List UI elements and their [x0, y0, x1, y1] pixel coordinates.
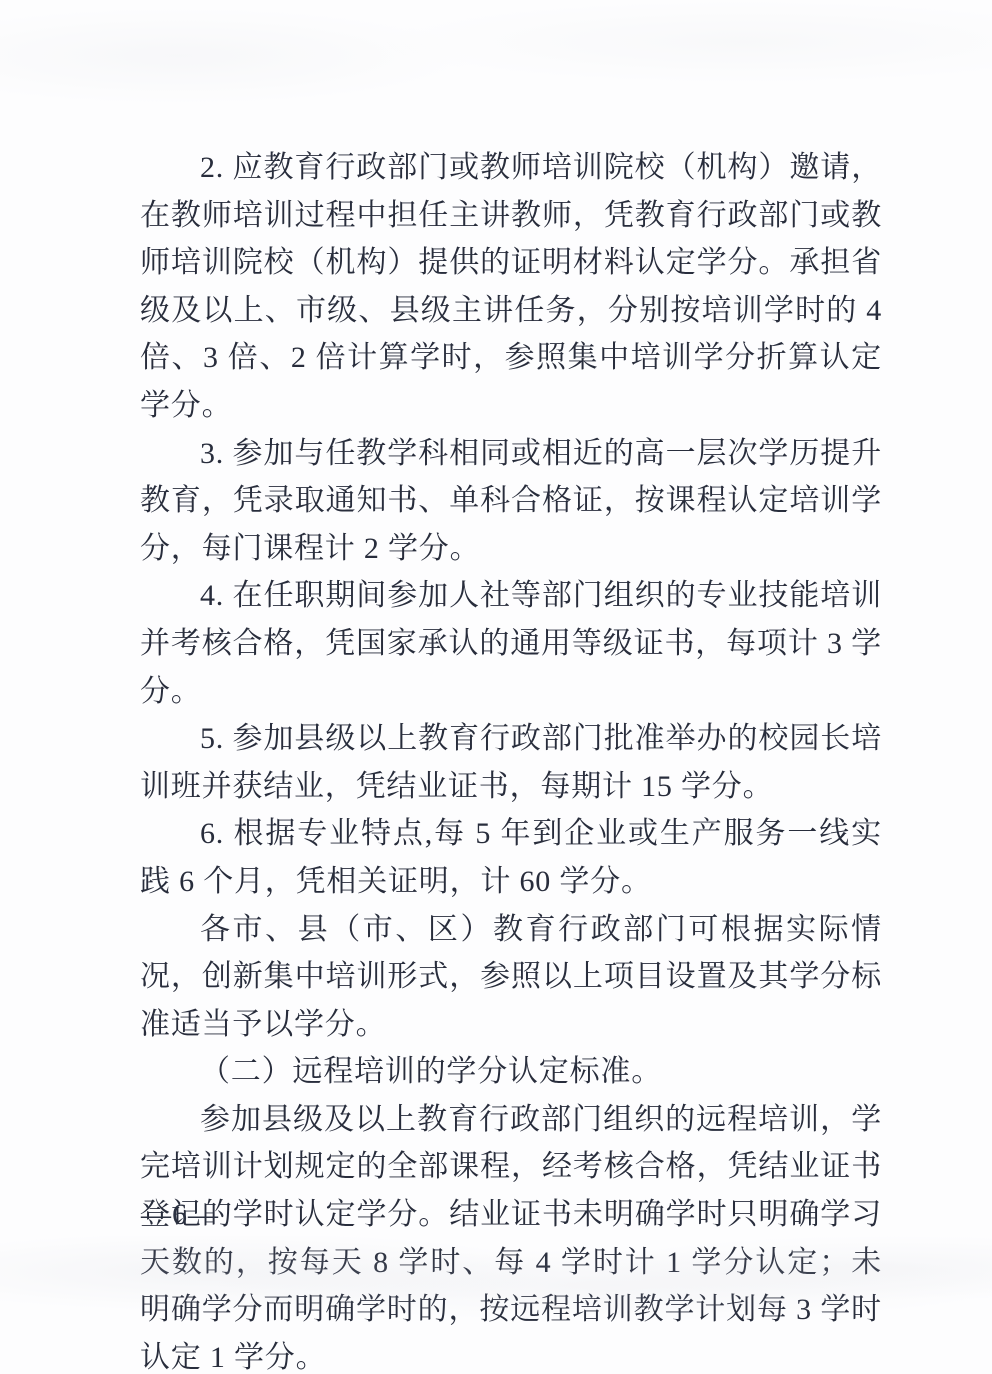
paragraph-item-6: 6. 根据专业特点,每 5 年到企业或生产服务一线实践 6 个月，凭相关证明，计… — [140, 810, 882, 905]
scan-noise-top — [0, 0, 992, 140]
paragraph-item-2: 2. 应教育行政部门或教师培训院校（机构）邀请，在教师培训过程中担任主讲教师，凭… — [140, 144, 882, 430]
subsection-heading-remote-training: （二）远程培训的学分认定标准。 — [140, 1048, 882, 1096]
paragraph-remote-training-detail: 参加县级及以上教育行政部门组织的远程培训，学完培训计划规定的全部课程，经考核合格… — [140, 1096, 882, 1374]
paragraph-local-authorities: 各市、县（市、区）教育行政部门可根据实际情况，创新集中培训形式，参照以上项目设置… — [140, 906, 882, 1049]
page-number: —6— — [141, 1198, 219, 1232]
paragraph-item-5: 5. 参加县级以上教育行政部门批准举办的校园长培训班并获结业，凭结业证书，每期计… — [140, 715, 882, 810]
document-body: 2. 应教育行政部门或教师培训院校（机构）邀请，在教师培训过程中担任主讲教师，凭… — [140, 144, 882, 1374]
scanned-document-page: 2. 应教育行政部门或教师培训院校（机构）邀请，在教师培训过程中担任主讲教师，凭… — [0, 0, 992, 1374]
paragraph-item-4: 4. 在任职期间参加人社等部门组织的专业技能培训并考核合格，凭国家承认的通用等级… — [140, 572, 882, 715]
paragraph-item-3: 3. 参加与任教学科相同或相近的高一层次学历提升教育，凭录取通知书、单科合格证，… — [140, 430, 882, 573]
